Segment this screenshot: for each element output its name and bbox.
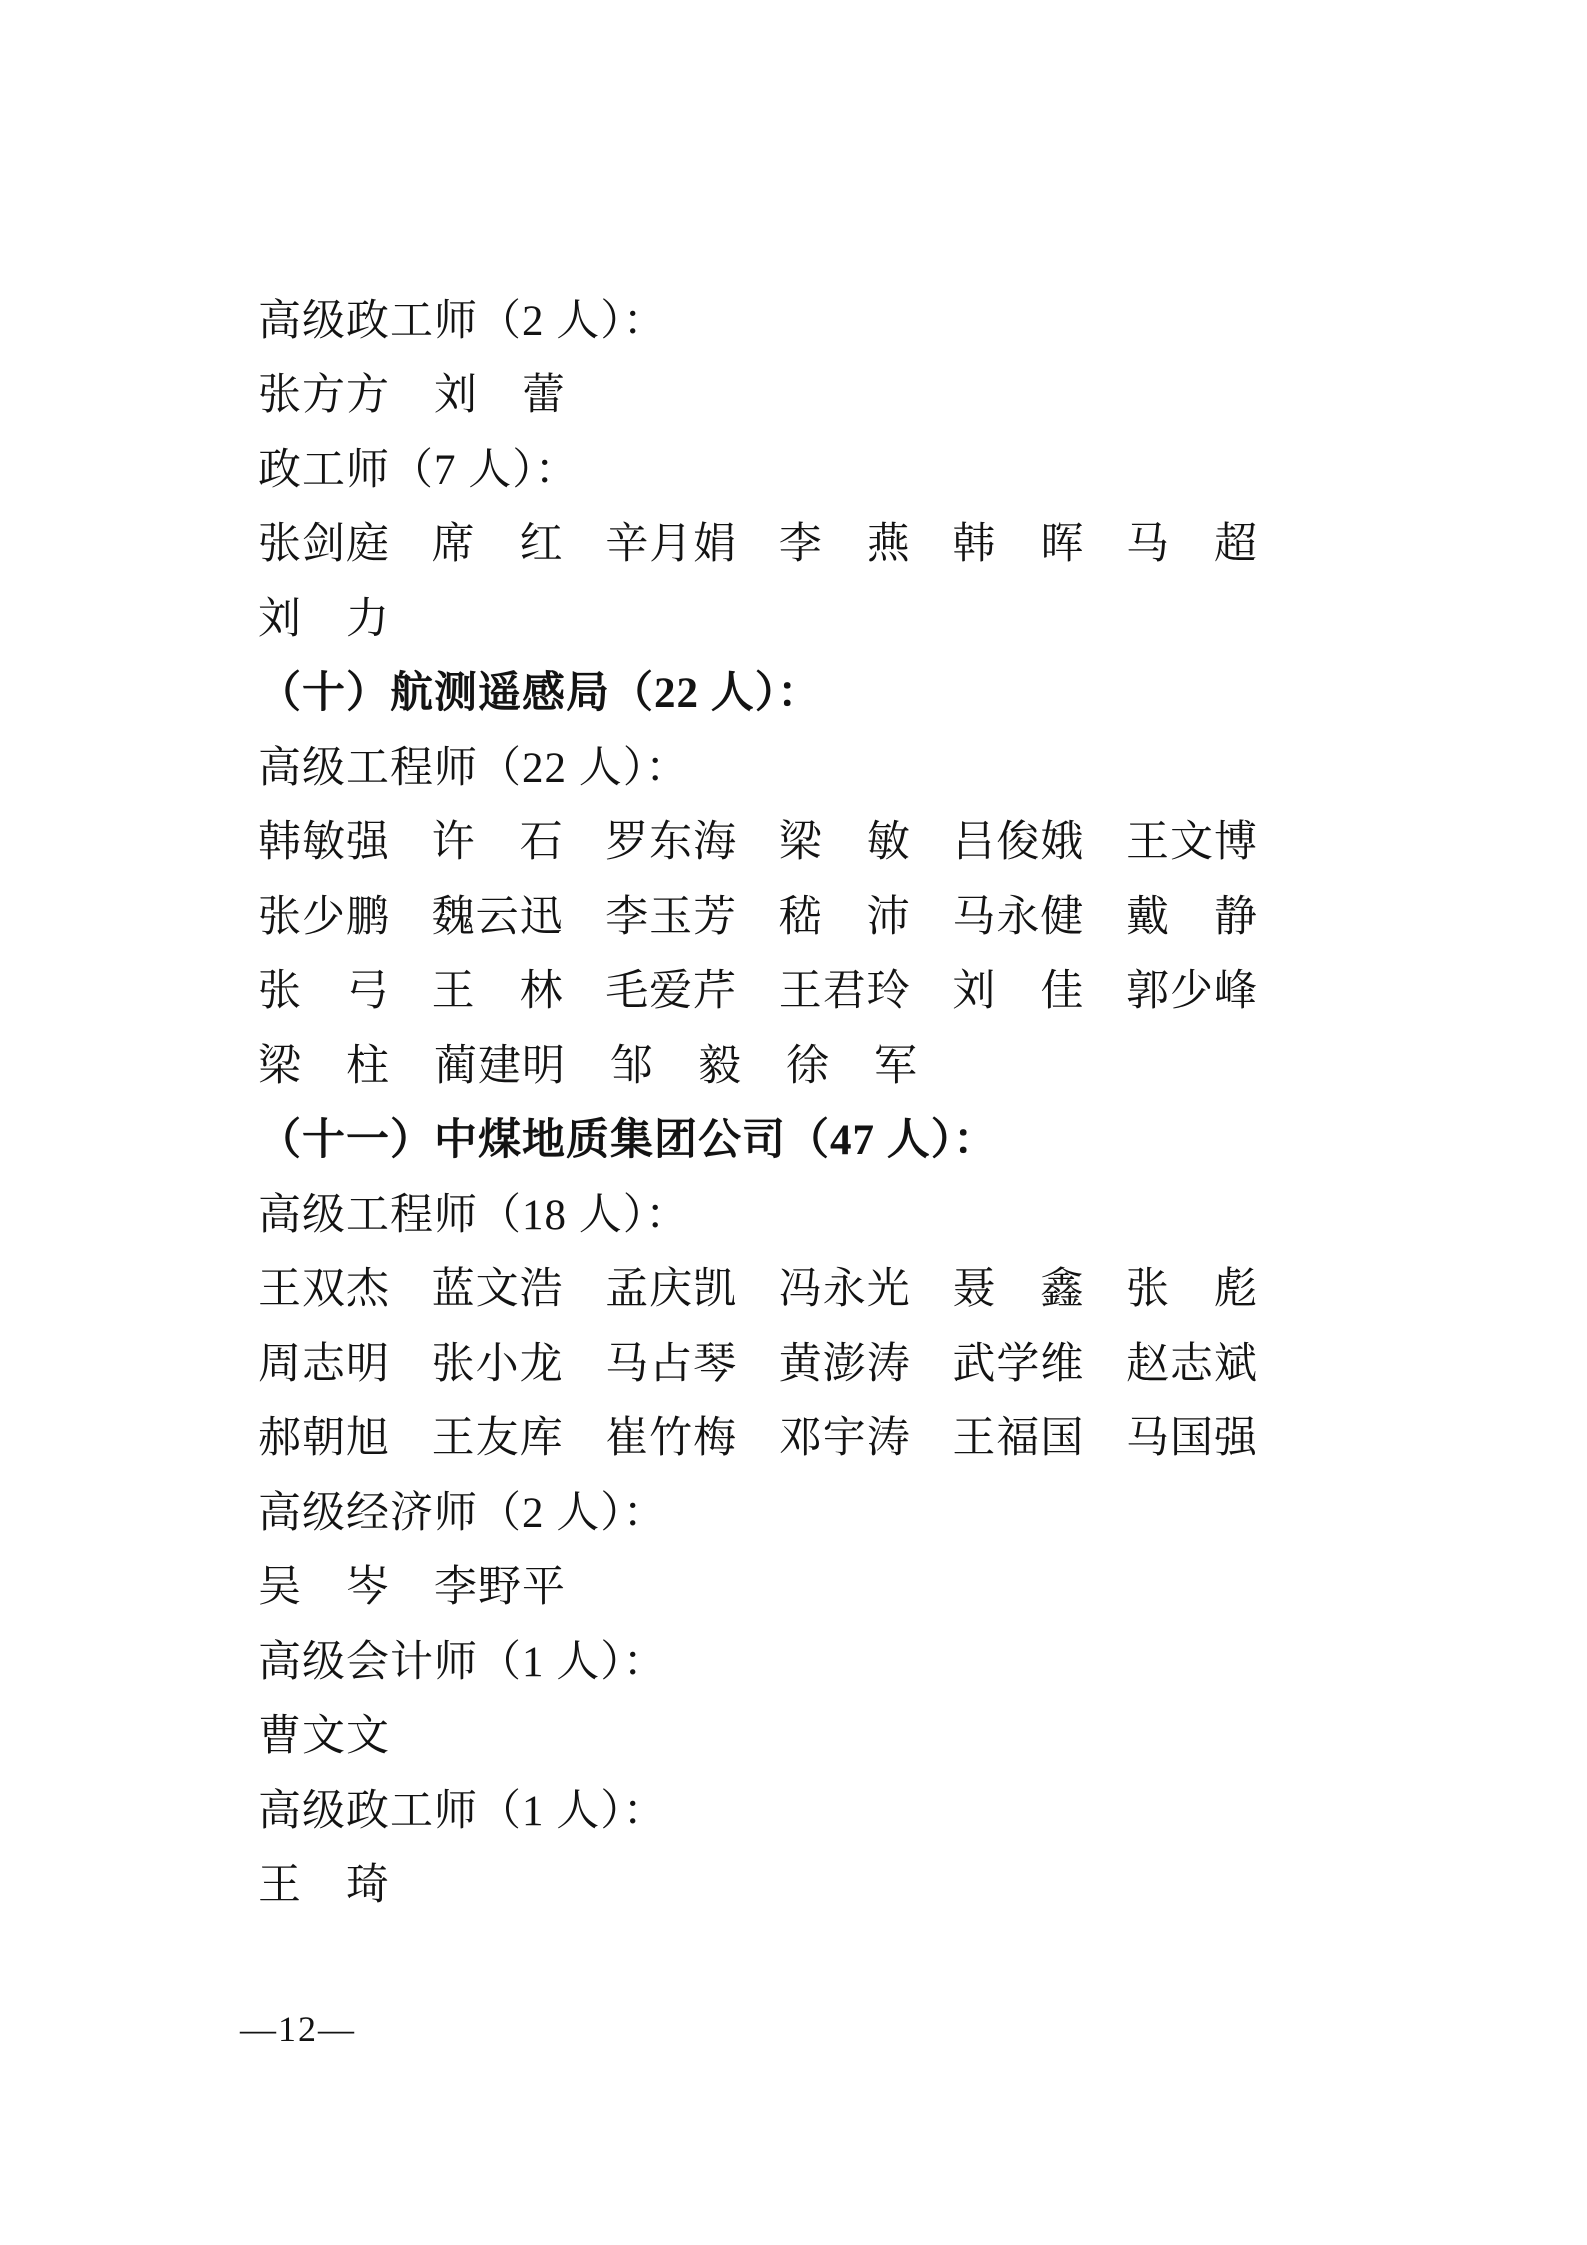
- person-name: 曹文文: [258, 1702, 390, 1763]
- person-name: 赵志斌: [1126, 1330, 1258, 1391]
- title-label: 高级经济师（2 人）：: [258, 1472, 1258, 1547]
- page-number: —12—: [240, 2008, 356, 2050]
- person-name: 王友库: [432, 1404, 564, 1465]
- person-name: 魏云迅: [432, 883, 564, 944]
- title-label: 高级工程师（22 人）：: [258, 727, 1258, 802]
- person-name: 张小龙: [432, 1330, 564, 1391]
- person-name: 刘 力: [258, 585, 390, 646]
- person-name: 刘 蕾: [434, 361, 566, 422]
- name-row: 刘 力: [258, 578, 1258, 653]
- person-name: 王君玲: [779, 957, 911, 1018]
- title-label: 高级会计师（1 人）：: [258, 1621, 1258, 1696]
- person-name: 刘 佳: [952, 957, 1084, 1018]
- person-name: 周志明: [258, 1330, 390, 1391]
- person-name: 张 弓: [258, 957, 390, 1018]
- name-row: 曹文文: [258, 1696, 1258, 1771]
- person-name: 邓宇涛: [779, 1404, 911, 1465]
- person-name: 李 燕: [779, 510, 911, 571]
- person-name: 王 林: [432, 957, 564, 1018]
- person-name: 许 石: [432, 808, 564, 869]
- person-name: 蓝文浩: [432, 1255, 564, 1316]
- section-heading: （十）航测遥感局（22 人）：: [258, 653, 1258, 728]
- person-name: 张剑庭: [258, 510, 390, 571]
- name-row: 韩敏强许 石罗东海梁 敏吕俊娥王文博: [258, 802, 1258, 877]
- person-name: 徐 军: [786, 1032, 918, 1093]
- name-row: 张少鹏魏云迅李玉芳嵇 沛马永健戴 静: [258, 876, 1258, 951]
- title-label: 高级政工师（2 人）：: [258, 280, 1258, 355]
- person-name: 戴 静: [1126, 883, 1258, 944]
- name-row: 梁 柱蔺建明邹 毅徐 军: [258, 1025, 1258, 1100]
- name-row: 王双杰蓝文浩孟庆凯冯永光聂 鑫张 彪: [258, 1249, 1258, 1324]
- person-name: 韩 晖: [952, 510, 1084, 571]
- title-label: 政工师（7 人）：: [258, 429, 1258, 504]
- person-name: 聂 鑫: [952, 1255, 1084, 1316]
- document-lines: 高级政工师（2 人）：张方方刘 蕾政工师（7 人）：张剑庭席 红辛月娟李 燕韩 …: [258, 280, 1258, 1919]
- name-row: 张方方刘 蕾: [258, 355, 1258, 430]
- person-name: 张方方: [258, 361, 390, 422]
- title-label: 高级工程师（18 人）：: [258, 1174, 1258, 1249]
- person-name: 李玉芳: [605, 883, 737, 944]
- name-row: 郝朝旭王友库崔竹梅邓宇涛王福国马国强: [258, 1398, 1258, 1473]
- person-name: 张 彪: [1126, 1255, 1258, 1316]
- person-name: 冯永光: [779, 1255, 911, 1316]
- person-name: 马占琴: [605, 1330, 737, 1391]
- name-row: 张剑庭席 红辛月娟李 燕韩 晖马 超: [258, 504, 1258, 579]
- section-heading: （十一）中煤地质集团公司（47 人）：: [258, 1100, 1258, 1175]
- person-name: 郝朝旭: [258, 1404, 390, 1465]
- person-name: 邹 毅: [610, 1032, 742, 1093]
- person-name: 武学维: [952, 1330, 1084, 1391]
- person-name: 蔺建明: [434, 1032, 566, 1093]
- person-name: 吕俊娥: [952, 808, 1084, 869]
- person-name: 王文博: [1126, 808, 1258, 869]
- person-name: 王 琦: [258, 1851, 390, 1912]
- person-name: 梁 柱: [258, 1032, 390, 1093]
- name-row: 王 琦: [258, 1845, 1258, 1920]
- person-name: 辛月娟: [605, 510, 737, 571]
- person-name: 崔竹梅: [605, 1404, 737, 1465]
- person-name: 席 红: [432, 510, 564, 571]
- person-name: 李野平: [434, 1553, 566, 1614]
- name-row: 周志明张小龙马占琴黄澎涛武学维赵志斌: [258, 1323, 1258, 1398]
- person-name: 黄澎涛: [779, 1330, 911, 1391]
- person-name: 马永健: [952, 883, 1084, 944]
- person-name: 张少鹏: [258, 883, 390, 944]
- person-name: 马国强: [1126, 1404, 1258, 1465]
- person-name: 马 超: [1126, 510, 1258, 571]
- person-name: 孟庆凯: [605, 1255, 737, 1316]
- name-row: 吴 岑李野平: [258, 1547, 1258, 1622]
- person-name: 王双杰: [258, 1255, 390, 1316]
- name-row: 张 弓王 林毛爱芹王君玲刘 佳郭少峰: [258, 951, 1258, 1026]
- person-name: 毛爱芹: [605, 957, 737, 1018]
- person-name: 梁 敏: [779, 808, 911, 869]
- person-name: 罗东海: [605, 808, 737, 869]
- person-name: 嵇 沛: [779, 883, 911, 944]
- person-name: 吴 岑: [258, 1553, 390, 1614]
- title-label: 高级政工师（1 人）：: [258, 1770, 1258, 1845]
- person-name: 韩敏强: [258, 808, 390, 869]
- person-name: 王福国: [952, 1404, 1084, 1465]
- document-page: 高级政工师（2 人）：张方方刘 蕾政工师（7 人）：张剑庭席 红辛月娟李 燕韩 …: [0, 0, 1587, 2245]
- person-name: 郭少峰: [1126, 957, 1258, 1018]
